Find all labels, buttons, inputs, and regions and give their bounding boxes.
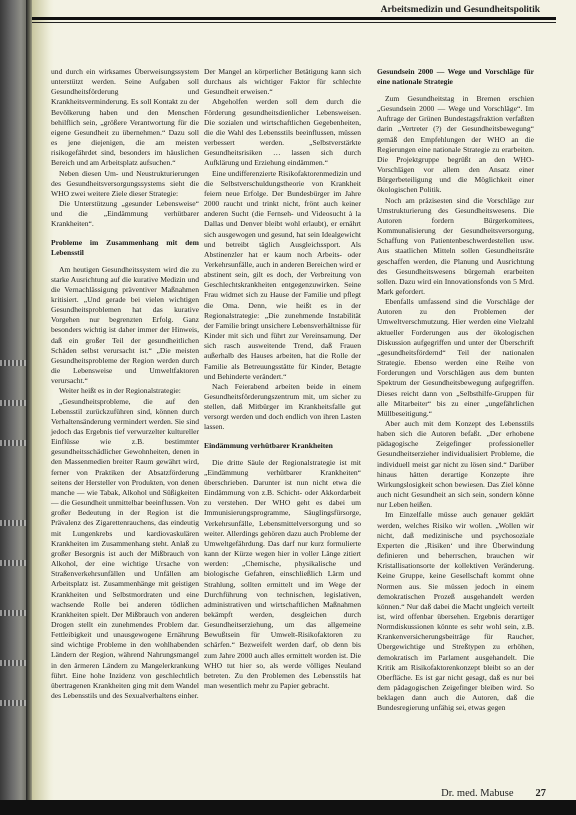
paragraph: Eine undifferenzierte Risikofaktorenmedi… bbox=[204, 169, 361, 382]
paragraph: „Gesundheitsprobleme, die auf den Lebens… bbox=[51, 397, 199, 702]
scan-bottom-edge bbox=[0, 800, 576, 815]
section-heading: Probleme im Zusammenhang mit dem Lebenss… bbox=[51, 238, 199, 258]
text-column-1: und durch ein wirksames Überweisungssyst… bbox=[51, 67, 199, 701]
adjacent-page-text-line bbox=[0, 440, 28, 446]
section-heading: Gesundsein 2000 — Wege und Vorschläge fü… bbox=[377, 67, 534, 87]
adjacent-page-text-line bbox=[0, 360, 28, 366]
adjacent-page-text-line bbox=[0, 520, 28, 526]
paragraph: Zum Gesundheitstag in Bremen erschien „G… bbox=[377, 94, 534, 196]
header-rule bbox=[32, 17, 556, 20]
paragraph: Im Einzelfalle müsse auch genauer geklär… bbox=[377, 510, 534, 713]
adjacent-page-text-line bbox=[0, 400, 28, 406]
page-number: 27 bbox=[536, 788, 547, 799]
paragraph: Aber auch mit dem Konzept des Lebensstil… bbox=[377, 419, 534, 510]
running-head: Arbeitsmedizin und Gesundheitspolitik bbox=[381, 5, 540, 15]
paragraph: Am heutigen Gesundheitssystem wird die z… bbox=[51, 265, 199, 387]
adjacent-page-text-line bbox=[0, 610, 28, 616]
adjacent-page-text-line bbox=[0, 560, 28, 566]
text-column-3: Gesundsein 2000 — Wege und Vorschläge fü… bbox=[377, 67, 534, 714]
paragraph: Abgeholfen werden soll dem durch die För… bbox=[204, 97, 361, 168]
paragraph: Weiter heißt es in der Regionalstrategie… bbox=[51, 386, 199, 396]
text-column-2: Der Mangel an körperlicher Betätigung ka… bbox=[204, 67, 361, 691]
header-rule-thin bbox=[32, 22, 556, 23]
adjacent-page-text-line bbox=[0, 700, 28, 706]
paragraph: Ebenfalls umfassend sind die Vorschläge … bbox=[377, 297, 534, 419]
paragraph: Die dritte Säule der Regionalstrategie i… bbox=[204, 458, 361, 692]
paragraph: Neben diesen Um- und Neustrukturierungen… bbox=[51, 169, 199, 199]
paragraph: Die Unterstützung „gesunder Lebensweise“… bbox=[51, 199, 199, 229]
section-heading: Eindämmung verhütbarer Krankheiten bbox=[204, 441, 361, 451]
page-footer: Dr. med. Mabuse27 bbox=[441, 788, 546, 799]
journal-name: Dr. med. Mabuse bbox=[441, 788, 513, 799]
magazine-page: Arbeitsmedizin und Gesundheitspolitik un… bbox=[32, 0, 576, 800]
paragraph: Der Mangel an körperlicher Betätigung ka… bbox=[204, 67, 361, 97]
paragraph: und durch ein wirksames Überweisungssyst… bbox=[51, 67, 199, 169]
paragraph: Noch am präzisesten sind die Vorschläge … bbox=[377, 196, 534, 298]
adjacent-page-text-line bbox=[0, 660, 28, 666]
paragraph: Nach Feierabend arbeiten beide in einem … bbox=[204, 382, 361, 433]
